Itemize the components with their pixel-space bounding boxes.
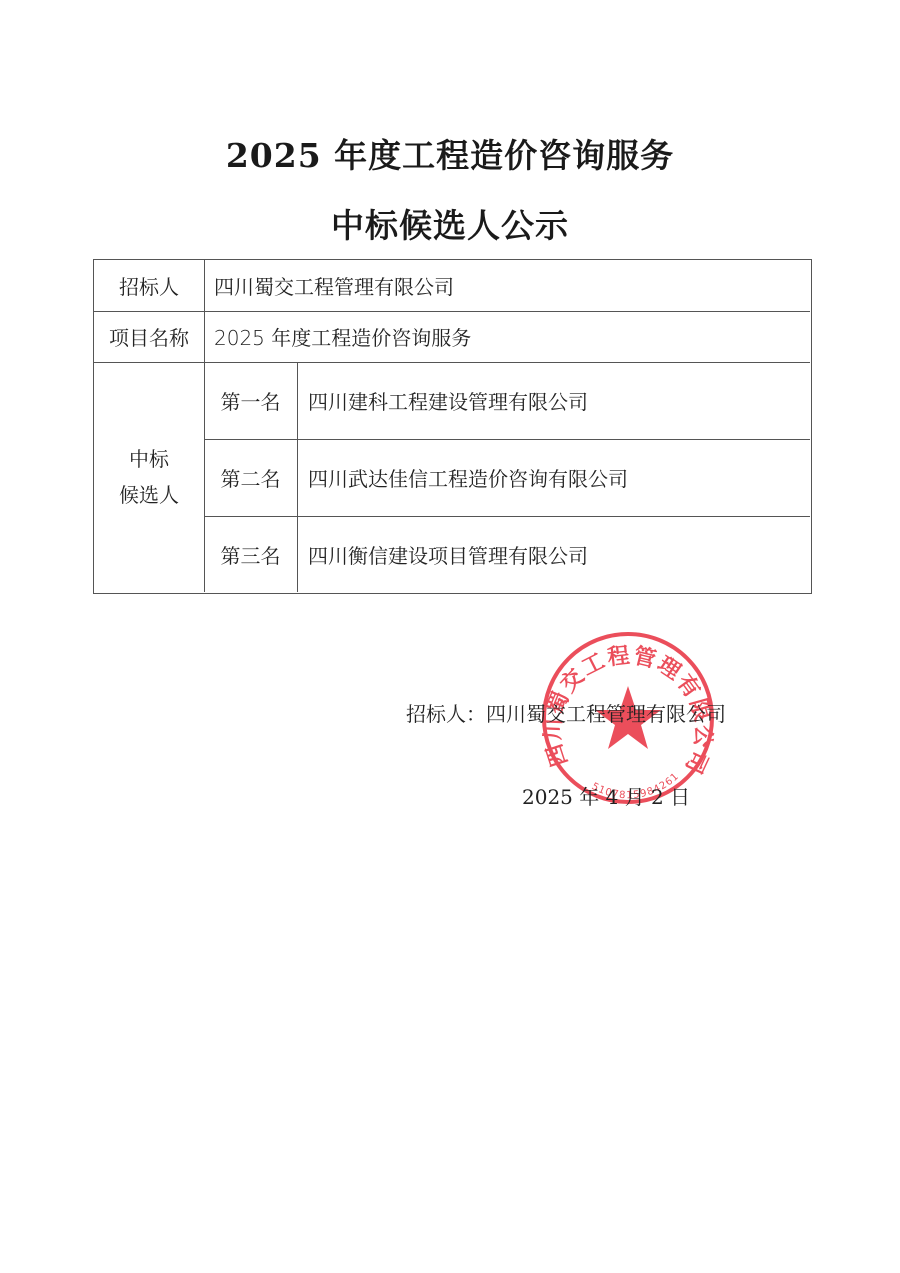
announcement-table: 招标人 四川蜀交工程管理有限公司 项目名称 2025 年度工程造价咨询服务 中标…	[93, 259, 812, 594]
candidate-rank: 第二名	[204, 439, 297, 516]
project-label: 项目名称	[94, 311, 204, 362]
project-value: 2025 年度工程造价咨询服务	[214, 311, 804, 362]
issue-date: 2025 年 4 月 2 日	[522, 781, 690, 810]
title-line-1: 2025 年度工程造价咨询服务	[0, 130, 900, 177]
candidates-label-line-2: 候选人	[119, 477, 179, 513]
candidate-name: 四川衡信建设项目管理有限公司	[308, 516, 808, 592]
title-line-2: 中标候选人公示	[0, 200, 900, 247]
tenderer-label: 招标人	[94, 260, 204, 311]
candidate-rank: 第一名	[204, 362, 297, 439]
candidate-name: 四川建科工程建设管理有限公司	[308, 362, 808, 439]
candidates-label: 中标 候选人	[94, 362, 204, 592]
issuer-signature: 招标人：四川蜀交工程管理有限公司	[406, 698, 726, 727]
candidate-rank: 第三名	[204, 516, 297, 592]
candidates-label-line-1: 中标	[129, 441, 169, 477]
tenderer-value: 四川蜀交工程管理有限公司	[214, 260, 804, 311]
column-divider	[297, 362, 298, 592]
candidate-name: 四川武达佳信工程造价咨询有限公司	[308, 439, 808, 516]
